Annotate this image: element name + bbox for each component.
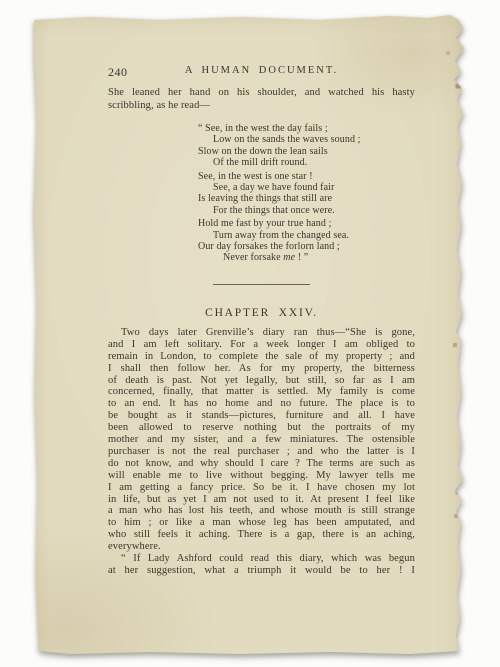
book-page: 240 A HUMAN DOCUMENT. She leaned her han…	[30, 14, 466, 655]
poem-line: Is leaving the things that still are	[198, 193, 415, 204]
running-title: A HUMAN DOCUMENT.	[108, 65, 415, 76]
poem-final-post: ! ”	[295, 252, 308, 263]
body-line: to an end. It has no home and no future.…	[108, 398, 415, 410]
body-line: mother and my sister, and a few miniatur…	[108, 434, 415, 446]
chapter-heading: CHAPTER XXIV.	[108, 307, 415, 319]
poem-line-final: Never forsake me ! ”	[198, 252, 415, 263]
poem-stanza-2: See, in the west is one star ! See, a da…	[198, 171, 415, 217]
poem-final-emphasis: me	[283, 252, 295, 263]
poem-final-pre: Never forsake	[223, 252, 283, 263]
poem-line: Our day forsakes the forlorn land ;	[198, 241, 415, 252]
intro-line: She leaned her hand on his shoulder, and…	[108, 86, 415, 99]
poem-line: Low on the sands the waves sound ;	[198, 134, 415, 145]
poem-line: “ See, in the west the day fails ;	[198, 123, 415, 134]
body-line: who still feels it aching. There is a ga…	[108, 529, 415, 541]
section-divider	[213, 284, 310, 285]
body-line: to him ; or like a man whose leg has bee…	[108, 517, 415, 529]
body-line: at her suggestion, what a triumph it wou…	[108, 565, 415, 577]
body-line: been allowed to reserve nothing but the …	[108, 422, 415, 434]
poem: “ See, in the west the day fails ; Low o…	[198, 123, 415, 264]
poem-stanza-3: Hold me fast by your true hand ; Turn aw…	[198, 218, 415, 264]
diary-text: Two days later Grenville’s diary ran thu…	[108, 327, 415, 577]
intro-paragraph: She leaned her hand on his shoulder, and…	[108, 86, 415, 112]
page-content: 240 A HUMAN DOCUMENT. She leaned her han…	[108, 65, 415, 577]
body-line: and I am left solitary. For a week longe…	[108, 339, 415, 351]
poem-line: Turn away from the changed sea.	[198, 230, 415, 241]
page-header: 240 A HUMAN DOCUMENT.	[108, 65, 415, 78]
page-shadow: 240 A HUMAN DOCUMENT. She leaned her han…	[30, 14, 466, 655]
body-line: will enable me to live without begging. …	[108, 470, 415, 482]
body-line: a man who has lost his teeth, and whose …	[108, 505, 415, 517]
poem-line: See, in the west is one star !	[198, 171, 415, 182]
poem-line: Hold me fast by your true hand ;	[198, 218, 415, 229]
body-line: I shall then follow her. As for my prope…	[108, 363, 415, 375]
poem-line: Of the mill drift round.	[198, 157, 415, 168]
poem-stanza-1: “ See, in the west the day fails ; Low o…	[198, 123, 415, 169]
body-line: I am getting a fancy price. So be it. I …	[108, 482, 415, 494]
body-line: Two days later Grenville’s diary ran thu…	[108, 327, 415, 339]
body-line: concerned, finally, that matter is settl…	[108, 386, 415, 398]
body-line: remain in London, to complete the sale o…	[108, 351, 415, 363]
body-line: do not know, and why should I care ? The…	[108, 458, 415, 470]
poem-line: For the things that once were.	[198, 205, 415, 216]
body-line: be bought as it stands—pictures, furnitu…	[108, 410, 415, 422]
poem-line: See, a day we have found fair	[198, 182, 415, 193]
page-number: 240	[108, 65, 128, 80]
body-line: everywhere.	[108, 541, 415, 553]
body-line: purchaser is not the real purchaser ; an…	[108, 446, 415, 458]
body-line: in life, but as yet I am not used to it.…	[108, 494, 415, 506]
scan-background: 240 A HUMAN DOCUMENT. She leaned her han…	[0, 0, 500, 667]
body-line: “ If Lady Ashford could read this diary,…	[108, 553, 415, 565]
poem-line: Slow on the down the lean sails	[198, 146, 415, 157]
intro-line: scribbling, as he read—	[108, 99, 415, 112]
body-line: of death is past. Not yet legally, but s…	[108, 375, 415, 387]
